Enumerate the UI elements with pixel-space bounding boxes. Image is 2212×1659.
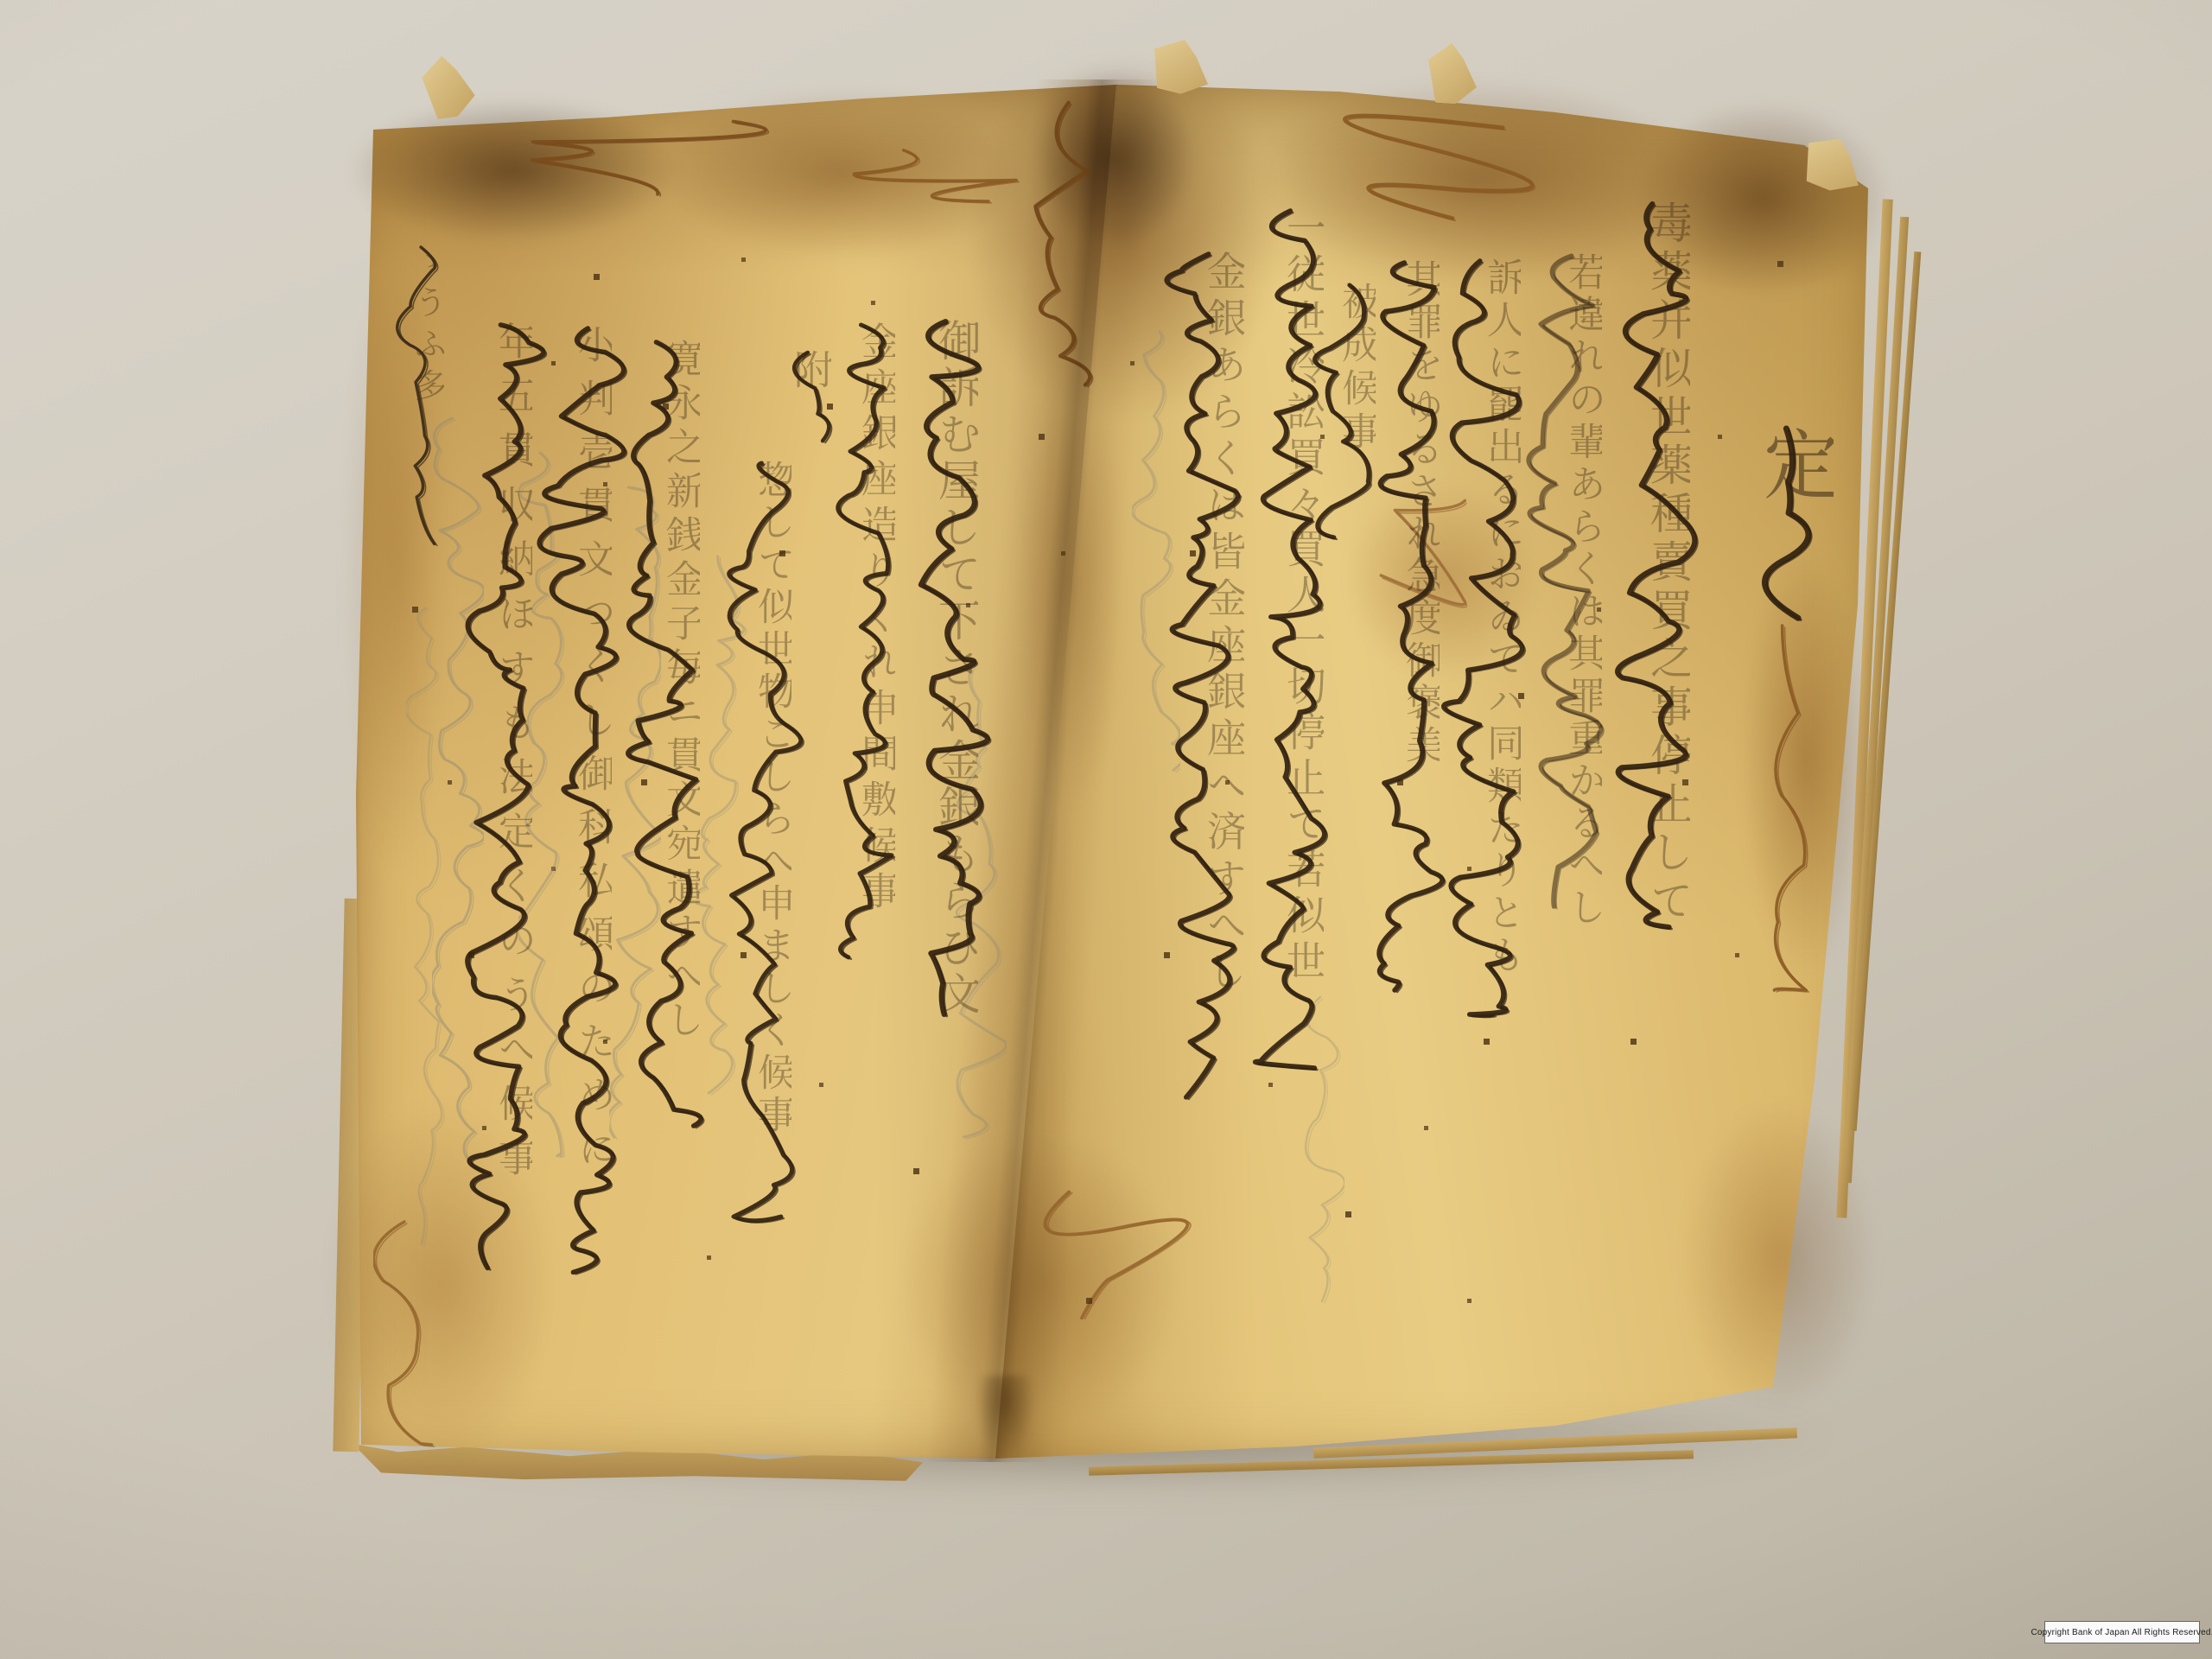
copyright-text: Copyright Bank of Japan All Rights Reser… — [2031, 1628, 2212, 1637]
brush-stroke — [1738, 425, 1834, 628]
wormholes — [0, 0, 1, 1]
brush-stroke — [783, 349, 831, 453]
brush-stroke — [1256, 207, 1324, 1071]
bleed-through-column — [1132, 328, 1180, 778]
brush-stroke — [1758, 622, 1819, 994]
heading-sadame: 定 — [1738, 425, 1834, 628]
stain — [1681, 1097, 1879, 1417]
brush-stroke — [546, 325, 612, 1310]
bleed-through-column — [406, 605, 449, 1296]
brush-stroke — [632, 339, 700, 1129]
calligraphy-column: 年五貫収納ほすも法定くのうへ候事 — [468, 321, 532, 1354]
worm-trail — [1758, 622, 1819, 994]
brush-stroke — [406, 605, 449, 1296]
brush-stroke — [391, 244, 444, 555]
calligraphy-column: 訴人に罷出るにおゐてハ同類たりとも — [1455, 257, 1521, 1018]
brush-stroke — [1132, 328, 1180, 778]
gutter-shadow — [975, 1376, 1035, 1462]
brush-stroke — [1376, 259, 1440, 994]
calligraphy-column: 其罪をゆるされ急度御褒美 — [1376, 259, 1440, 994]
brush-stroke — [831, 321, 895, 1004]
calligraphy-column: 小判壱貫文つくし御科私頌のために — [546, 325, 612, 1310]
calligraphy-column: 一従世冷訟買々買人一切停止て若似世 — [1256, 207, 1324, 1071]
calligraphy-column: 被成候事 — [1320, 282, 1376, 541]
photo-scene: 定 毒薬并似世薬種賣買之事停止して 若違れの輩あらくは其罪重かるへし 訴人に罷出… — [0, 0, 2212, 1659]
brush-stroke — [1320, 282, 1376, 541]
calligraphy-column: ゝうふ多 — [391, 244, 444, 555]
brush-stroke — [1536, 252, 1602, 957]
calligraphy-column: 金銀あらくは皆金座銀座へ済すへし — [1177, 251, 1244, 1132]
calligraphy-column: 寛永之新銭金子毎ニ貫文宛遣すへし — [632, 339, 700, 1129]
brush-stroke — [468, 321, 532, 1354]
brush-stroke — [728, 460, 791, 1220]
calligraphy-column: 御訴む屋して下され金銀もらひ文 — [906, 318, 978, 1018]
brush-stroke — [1177, 251, 1244, 1132]
calligraphy-column: 若違れの輩あらくは其罪重かるへし — [1536, 252, 1602, 957]
brush-stroke — [1455, 257, 1521, 1018]
brush-stroke — [906, 318, 978, 1018]
calligraphy-column-fu-marker: 附 — [783, 349, 831, 453]
brush-stroke — [1618, 200, 1690, 931]
calligraphy-column: 惣して似世物こしらへ申ましく候事 — [728, 460, 791, 1220]
calligraphy-column: 毒薬并似世薬種賣買之事停止して — [1618, 200, 1690, 931]
copyright-badge: Copyright Bank of Japan All Rights Reser… — [2044, 1621, 2200, 1643]
calligraphy-column: 金座銀座造りくれ申間敷候事 — [831, 321, 895, 1004]
